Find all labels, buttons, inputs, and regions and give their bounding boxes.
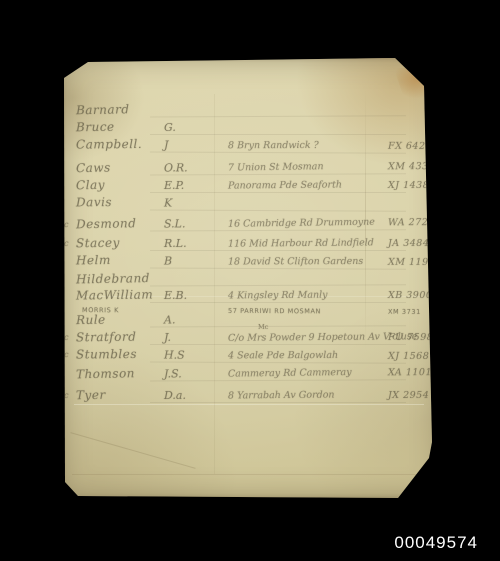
entry-initials: D.a. — [164, 389, 186, 402]
entry-insertion: Mc — [258, 323, 268, 331]
paper-crease — [72, 474, 424, 475]
entry-name: Helm — [76, 253, 111, 267]
entry-address: 116 Mid Harbour Rd Lindfield — [228, 237, 374, 249]
faint-rule-line — [150, 379, 406, 381]
entry-phone: WA 2721 — [388, 217, 435, 228]
entry-initials: G. — [164, 121, 176, 134]
list-row: ClayE.P.Panorama Pde SeaforthXJ 1438 — [62, 178, 440, 194]
entry-phone: XM 4337 — [388, 161, 435, 172]
faint-rule-line — [150, 173, 406, 175]
list-row: cDesmondS.L.16 Cambridge Rd DrummoyneWA … — [62, 215, 440, 233]
entry-address: 8 Bryn Randwick ? — [228, 140, 319, 151]
entry-initials: J.S. — [164, 367, 182, 380]
entry-name: Bruce — [76, 120, 115, 135]
faint-rule-line — [150, 284, 406, 286]
faint-rule-line — [150, 151, 406, 153]
entry-address: 18 David St Clifton Gardens — [228, 256, 363, 267]
entry-name: Caws — [76, 160, 111, 175]
entry-address: 16 Cambridge Rd Drummoyne — [228, 217, 375, 230]
faint-rule-line — [150, 402, 406, 403]
faint-rule-line — [150, 209, 406, 211]
paper-crease — [74, 404, 424, 405]
faint-rule-line — [150, 229, 406, 231]
document-paper: BarnardBruceG.Campbell.J8 Bryn Randwick … — [62, 58, 440, 498]
photo-stage: BarnardBruceG.Campbell.J8 Bryn Randwick … — [0, 0, 500, 561]
entry-phone: XB 3900 — [388, 290, 432, 301]
list-row: HelmB18 David St Clifton GardensXM 1191 — [62, 253, 440, 271]
entry-phone: XM 1191 — [388, 257, 435, 268]
entry-name: Clay — [76, 178, 105, 192]
entry-name: Thomson — [76, 366, 135, 381]
entry-initials: S.L. — [164, 217, 186, 230]
list-row: Hildebrand — [62, 270, 440, 288]
list-row: cStaceyR.L.116 Mid Harbour Rd LindfieldJ… — [62, 236, 440, 252]
entry-phone: JX 2954 — [388, 390, 429, 401]
list-row: Barnard — [62, 101, 440, 119]
entry-initials: E.P. — [164, 179, 184, 192]
faint-rule-line — [150, 192, 406, 193]
entry-phone: XJ 1568 — [388, 351, 429, 362]
faint-rule-line — [150, 325, 406, 327]
entry-name: Stacey — [76, 236, 120, 251]
list-row: cStratfordJ.McC/o Mrs Powder 9 Hopetoun … — [62, 330, 440, 346]
entry-name: Tyer — [76, 388, 106, 402]
entry-address: Panorama Pde Seaforth — [228, 180, 342, 192]
faint-rule-line — [150, 361, 406, 363]
list-row: cStumblesH.S4 Seale Pde BalgowlahXJ 1568 — [62, 347, 440, 365]
list-row: Campbell.J8 Bryn Randwick ?FX 6428 — [62, 137, 440, 155]
entry-name: Barnard — [76, 102, 130, 117]
entry-initials: A. — [164, 313, 176, 326]
entry-phone: XJ 1438 — [388, 180, 429, 191]
entry-name: Stumbles — [76, 347, 137, 362]
entry-phone: FX 6428 — [388, 141, 432, 152]
catalog-number: 00049574 — [394, 533, 478, 553]
entry-name: Stratford — [76, 330, 137, 345]
margin-mark: c — [64, 333, 68, 342]
entry-name: Rule — [76, 313, 106, 328]
list-row: BruceG. — [62, 120, 440, 136]
list-row: cTyerD.a.8 Yarrabah Av GordonJX 2954 — [62, 388, 440, 404]
list-row: DavisK — [62, 195, 440, 213]
list-row: RuleA. — [62, 311, 440, 329]
entry-address: 8 Yarrabah Av Gordon — [228, 390, 335, 402]
faint-rule-line — [150, 250, 406, 251]
faint-rule-line — [150, 344, 406, 345]
entry-phone: FU 7598 — [388, 332, 433, 343]
entry-name: Desmond — [76, 216, 137, 231]
margin-mark: c — [64, 239, 68, 248]
entry-address: 4 Kingsley Rd Manly — [228, 290, 328, 302]
entry-address: Cammeray Rd Cammeray — [228, 367, 352, 380]
entry-initials: O.R. — [164, 161, 188, 174]
entry-phone: XA 1101 — [388, 367, 432, 378]
list-row: ThomsonJ.S.Cammeray Rd CammerayXA 1101 — [62, 365, 440, 383]
faint-rule-line — [150, 134, 406, 135]
margin-mark: c — [64, 391, 68, 400]
list-row: MacWilliamE.B.4 Kingsley Rd ManlyXB 3900 — [62, 288, 440, 304]
entry-address: 4 Seale Pde Balgowlah — [228, 350, 338, 361]
entry-initials: R.L. — [164, 237, 187, 250]
entry-initials: B — [164, 255, 172, 268]
paper-crease — [70, 432, 195, 469]
entry-name: Davis — [76, 195, 112, 209]
entry-name: MacWilliam — [76, 287, 153, 302]
margin-mark: c — [64, 350, 69, 359]
entry-name: Campbell. — [76, 137, 142, 152]
entry-name: Hildebrand — [76, 271, 150, 286]
faint-rule-line — [150, 115, 406, 117]
entry-initials: H.S — [164, 349, 185, 362]
margin-mark: c — [64, 220, 69, 229]
corner-stain — [390, 68, 428, 102]
entry-address: 7 Union St Mosman — [228, 161, 324, 173]
entry-initials: K — [164, 197, 172, 210]
entry-initials: J — [164, 139, 168, 152]
entry-initials: J. — [164, 331, 171, 344]
entry-phone: JA 3484 — [388, 238, 429, 249]
entry-initials: E.B. — [164, 289, 187, 302]
list-row: CawsO.R.7 Union St MosmanXM 4337 — [62, 159, 440, 177]
